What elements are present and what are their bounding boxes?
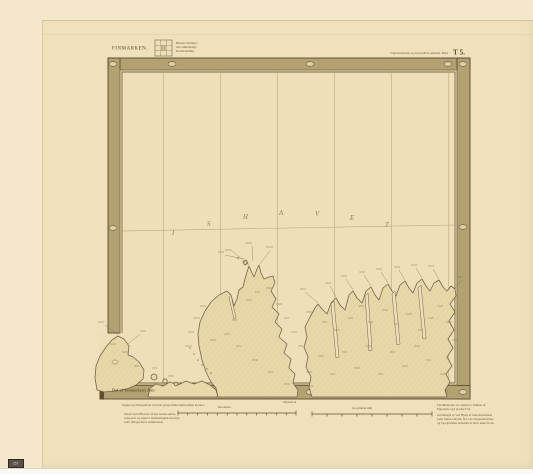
index-caption: Bladets Stilling i den almindelige Karti… bbox=[176, 41, 198, 53]
scan-bottom-strip bbox=[0, 468, 533, 474]
sea-letter: V bbox=[315, 210, 319, 218]
sheet-index-diagram bbox=[155, 40, 172, 56]
sea-letter: E bbox=[350, 214, 354, 222]
catalog-stamp: 257 bbox=[8, 459, 24, 468]
sheet-note: Trigonometrisk og topografisk opmaalt. B… bbox=[390, 51, 448, 55]
credit-line: Tegnet og lithograferet ved den geografi… bbox=[122, 403, 205, 407]
sea-letter: A bbox=[279, 209, 283, 217]
left-note: Maalt ved Officerer af den norske Arme, … bbox=[124, 412, 180, 424]
scanned-map-page: FINMARKEN. Bladets Stilling i den almind… bbox=[0, 0, 533, 474]
scalebar-mil-label: Geografisk miil bbox=[352, 406, 372, 410]
sea-letter: H bbox=[243, 213, 248, 221]
scalebar-mil bbox=[312, 412, 432, 417]
sea-letter: S bbox=[207, 220, 210, 228]
right-note: Grundlaget er ved Hjelp af lokal Kundska… bbox=[437, 413, 494, 425]
scalebar-kilometer bbox=[178, 411, 296, 416]
sheet-number: T 5. bbox=[453, 48, 465, 57]
sea-letter: I bbox=[172, 229, 174, 237]
frame-bottom-label: Del af Finmarkens Amt bbox=[112, 388, 155, 393]
sea-letter: T bbox=[385, 221, 389, 229]
map-title: FINMARKEN. bbox=[112, 45, 148, 51]
scalebar-km-label: Kilometer bbox=[218, 405, 231, 409]
right-note-top: Fjeldhøiderne ere angivne i Midten af Fi… bbox=[437, 403, 485, 411]
maalestok-label: Maalestok bbox=[283, 400, 296, 404]
